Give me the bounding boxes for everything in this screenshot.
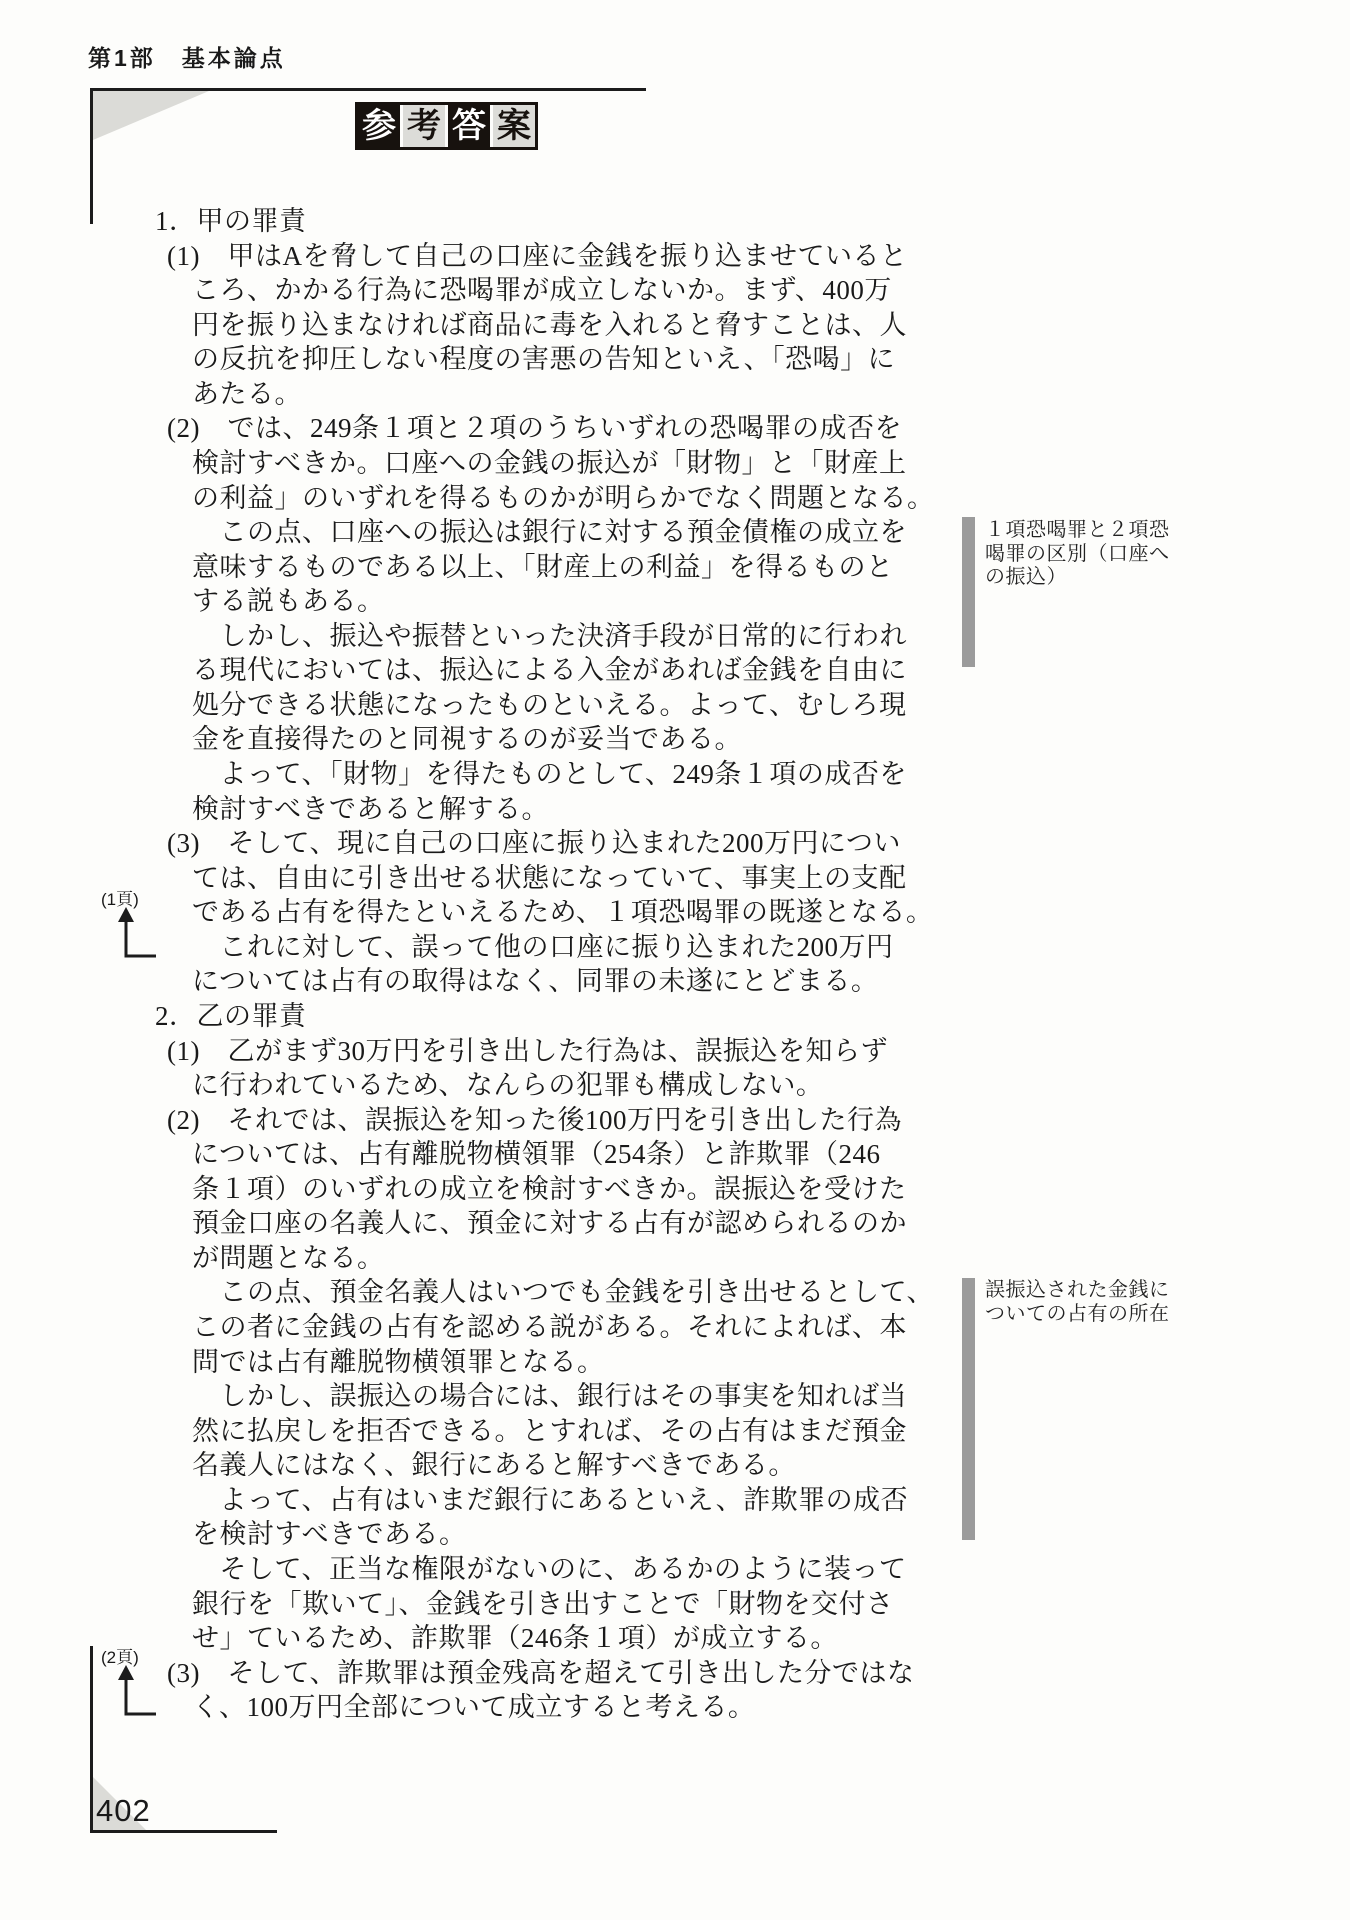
body-line: については、占有離脱物横領罪（254条）と詐欺罪（246: [0, 1137, 1010, 1172]
title-char: 案: [493, 105, 535, 147]
body-line: 銀行を「欺いて」、金銭を引き出すことで「財物を交付さ: [0, 1587, 1010, 1622]
bottom-left-border-line: [90, 1646, 93, 1833]
top-corner-triangle: [93, 91, 209, 140]
title-char: 答: [448, 105, 490, 147]
body-line: ては、自由に引き出せる状態になっていて、事実上の支配: [0, 861, 1010, 896]
body-line: (2) それでは、誤振込を知った後100万円を引き出した行為: [0, 1103, 1010, 1138]
body-line: 検討すべきか。口座への金銭の振込が「財物」と「財産上: [0, 446, 1010, 481]
body-line: 金を直接得たのと同視するのが妥当である。: [0, 722, 1010, 757]
body-line: 処分できる状態になったものといえる。よって、むしろ現: [0, 688, 1010, 723]
body-line: る現代においては、振込による入金があれば金銭を自由に: [0, 653, 1010, 688]
header-rule: [90, 88, 646, 91]
chapter-header: 第1部 基本論点: [88, 40, 286, 73]
body-line: する説もある。: [0, 584, 1010, 619]
body-line: よって、「財物」を得たものとして、249条１項の成否を: [0, 757, 1010, 792]
body-line: の反抗を抑圧しない程度の害悪の告知といえ、「恐喝」に: [0, 342, 1010, 377]
margin-note-line: の振込）: [985, 566, 1200, 590]
body-line: (1) 乙がまず30万円を引き出した行為は、誤振込を知らず: [0, 1034, 1010, 1069]
body-line: 円を振り込まなければ商品に毒を入れると脅すことは、人: [0, 308, 1010, 343]
title-char: 考: [403, 105, 445, 147]
body-line: に行われているため、なんらの犯罪も構成しない。: [0, 1068, 1010, 1103]
body-line: の利益」のいずれを得るものかが明らかでなく問題となる。: [0, 481, 1010, 516]
bottom-rule: [90, 1830, 277, 1833]
body-line: 条１項）のいずれの成立を検討すべきか。誤振込を受けた: [0, 1172, 1010, 1207]
body-line: よって、占有はいまだ銀行にあるといえ、詐欺罪の成否: [0, 1483, 1010, 1518]
body-line: 名義人にはなく、銀行にあると解すべきである。: [0, 1448, 1010, 1483]
body-line: そして、正当な権限がないのに、あるかのように装って: [0, 1552, 1010, 1587]
body-line: 1．甲の罪責: [0, 204, 1010, 239]
body-line: 預金口座の名義人に、預金に対する占有が認められるのか: [0, 1206, 1010, 1241]
margin-note-line: 喝罪の区別（口座へ: [985, 543, 1200, 567]
body-line: 問では占有離脱物横領罪となる。: [0, 1345, 1010, 1380]
margin-note-line: 誤振込された金銭に: [985, 1279, 1200, 1303]
body-line: せ」ているため、詐欺罪（246条１項）が成立する。: [0, 1621, 1010, 1656]
page1-marker-arrow-icon: [112, 906, 160, 967]
margin-note-bar-1: [962, 517, 975, 667]
margin-note-1: １項恐喝罪と２項恐喝罪の区別（口座への振込）: [985, 519, 1200, 590]
body-line: (3) そして、現に自己の口座に振り込まれた200万円につい: [0, 826, 1010, 861]
body-line: 意味するものである以上、「財産上の利益」を得るものと: [0, 550, 1010, 585]
body-line: (1) 甲はAを脅して自己の口座に金銭を振り込ませていると: [0, 239, 1010, 274]
body-line: を検討すべきである。: [0, 1517, 1010, 1552]
body-line: (2) では、249条１項と２項のうちいずれの恐喝罪の成否を: [0, 411, 1010, 446]
page-number: 402: [96, 1793, 151, 1829]
margin-note-2: 誤振込された金銭についての占有の所在: [985, 1279, 1200, 1326]
title-char: 参: [358, 105, 400, 147]
body-line: この者に金銭の占有を認める説がある。それによれば、本: [0, 1310, 1010, 1345]
page2-marker-arrow-icon: [112, 1664, 160, 1725]
body-line: 2．乙の罪責: [0, 999, 1010, 1034]
body-line: が問題となる。: [0, 1241, 1010, 1276]
body-line: この点、口座への振込は銀行に対する預金債権の成立を: [0, 515, 1010, 550]
body-line: しかし、誤振込の場合には、銀行はその事実を知れば当: [0, 1379, 1010, 1414]
margin-note-bar-2: [962, 1278, 975, 1540]
body-line: しかし、振込や振替といった決済手段が日常的に行われ: [0, 619, 1010, 654]
body-line: あたる。: [0, 377, 1010, 412]
body-line: この点、預金名義人はいつでも金銭を引き出せるとして、: [0, 1275, 1010, 1310]
margin-note-line: １項恐喝罪と２項恐: [985, 519, 1200, 543]
margin-note-line: ついての占有の所在: [985, 1303, 1200, 1327]
body-line: 検討すべきであると解する。: [0, 792, 1010, 827]
body-line: 然に払戻しを拒否できる。とすれば、その占有はまだ預金: [0, 1414, 1010, 1449]
page-title: 参考答案: [355, 102, 538, 150]
body-line: については占有の取得はなく、同罪の未遂にとどまる。: [0, 964, 1010, 999]
body-line: ころ、かかる行為に恐喝罪が成立しないか。まず、400万: [0, 273, 1010, 308]
